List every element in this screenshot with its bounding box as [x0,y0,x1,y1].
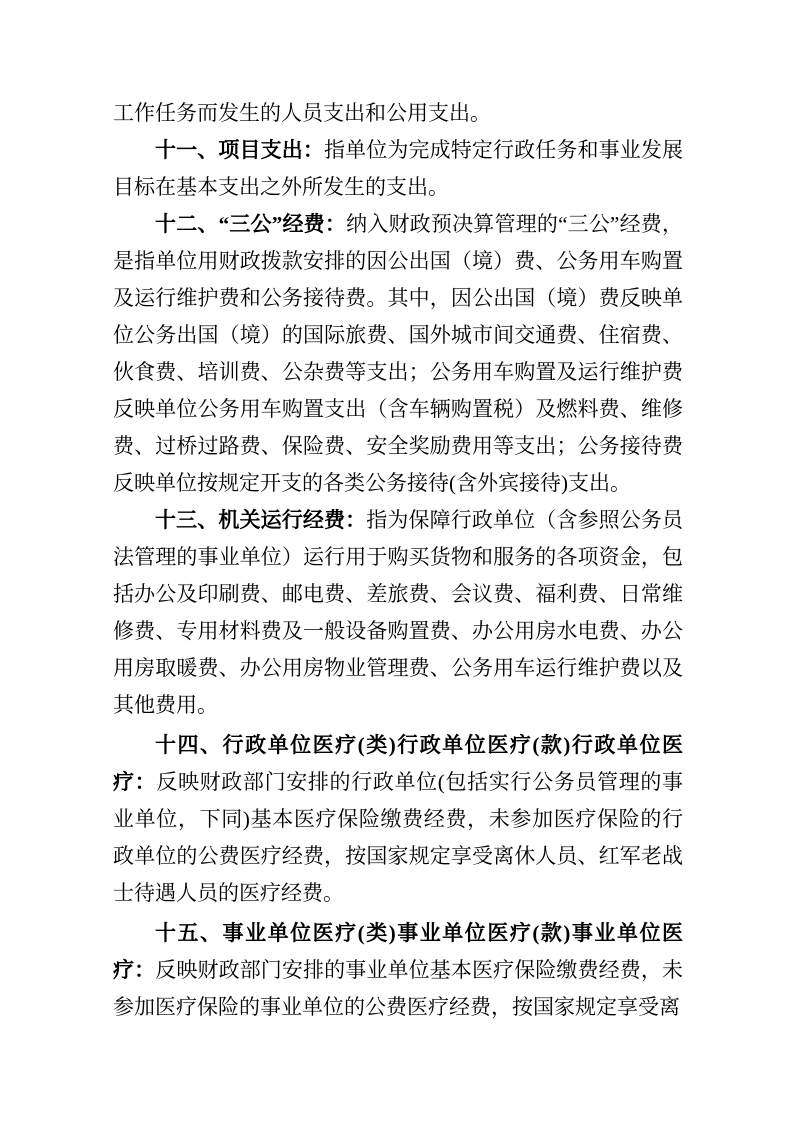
paragraph-text: 反映财政部门安排的行政单位(包括实行公务员管理的事业单位，下同)基本医疗保险缴费… [113,770,683,905]
paragraph-text: 工作任务而发生的人员支出和公用支出。 [113,101,491,125]
term-label-item-12: 十二、“三公”经费： [155,212,346,236]
paragraph-continuation: 工作任务而发生的人员支出和公用支出。 [113,95,683,132]
term-label-item-13: 十三、机关运行经费： [155,508,366,532]
document-body: 工作任务而发生的人员支出和公用支出。 十一、项目支出：指单位为完成特定行政任务和… [113,95,683,1026]
paragraph-text: 反映财政部门安排的事业单位基本医疗保险缴费经费，未参加医疗保险的事业单位的公费医… [113,958,683,1019]
paragraph-item-14: 十四、行政单位医疗(类)行政单位医疗(款)行政单位医疗：反映财政部门安排的行政单… [113,727,683,912]
paragraph-text: 指为保障行政单位（含参照公务员法管理的事业单位）运行用于购买货物和服务的各项资金… [113,508,683,717]
paragraph-item-11: 十一、项目支出：指单位为完成特定行政任务和事业发展目标在基本支出之外所发生的支出… [113,132,683,206]
document-page: 工作任务而发生的人员支出和公用支出。 十一、项目支出：指单位为完成特定行政任务和… [0,0,794,1122]
term-label-item-11: 十一、项目支出： [155,138,324,162]
paragraph-text: 纳入财政预决算管理的“三公”经费，是指单位用财政拨款安排的因公出国（境）费、公务… [113,212,683,495]
paragraph-item-12: 十二、“三公”经费：纳入财政预决算管理的“三公”经费，是指单位用财政拨款安排的因… [113,206,683,502]
paragraph-item-13: 十三、机关运行经费：指为保障行政单位（含参照公务员法管理的事业单位）运行用于购买… [113,502,683,724]
paragraph-item-15: 十五、事业单位医疗(类)事业单位医疗(款)事业单位医疗：反映财政部门安排的事业单… [113,915,683,1026]
